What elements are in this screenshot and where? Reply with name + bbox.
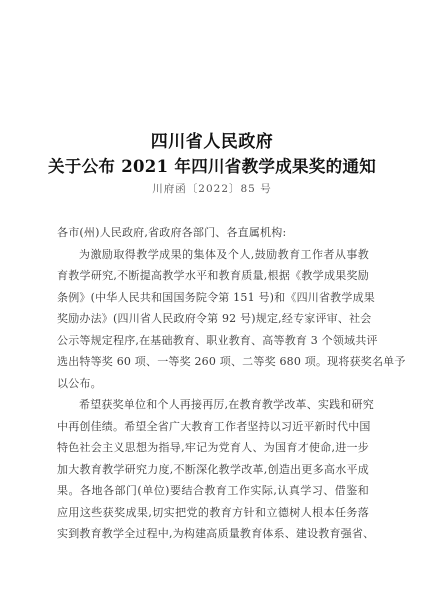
paragraph-1-line: 公示等规定程序,在基础教育、职业教育、高等教育 3 个领域共评: [57, 330, 369, 352]
paragraph-1-line: 以公布。: [57, 373, 369, 395]
paragraph-1-line: 奖励办法》(四川省人民政府令第 92 号)规定,经专家评审、社会: [57, 308, 369, 330]
paragraph-1-line: 为激励取得教学成果的集体及个人,鼓励教育工作者从事教: [57, 244, 369, 266]
document-number: 川府函〔2022〕85 号: [0, 181, 424, 196]
issuer-heading: 四川省人民政府: [0, 127, 424, 152]
paragraph-2-line: 加大教育教学研究力度,不断深化教学改革,创造出更多高水平成: [57, 459, 369, 481]
addressee-line: 各市(州)人民政府,省政府各部门、各直属机构:: [57, 222, 369, 244]
paragraph-1-line: 条例》(中华人民共和国国务院令第 151 号)和《四川省教学成果: [57, 287, 369, 309]
paragraph-2-line: 果。各地各部门(单位)要结合教育工作实际,认真学习、借鉴和: [57, 480, 369, 502]
paragraph-2-line: 希望获奖单位和个人再接再厉,在教育教学改革、实践和研究: [57, 394, 369, 416]
paragraph-1-line: 选出特等奖 60 项、一等奖 260 项、二等奖 680 项。现将获奖名单予: [57, 351, 369, 373]
paragraph-2-line: 应用这些获奖成果,切实把党的教育方针和立德树人根本任务落: [57, 502, 369, 524]
document-body: 各市(州)人民政府,省政府各部门、各直属机构: 为激励取得教学成果的集体及个人,…: [57, 222, 369, 545]
paragraph-2-line: 实到教育教学全过程中,为构建高质量教育体系、建设教育强省、: [57, 523, 369, 545]
paragraph-2-line: 特色社会主义思想为指导,牢记为党育人、为国育才使命,进一步: [57, 437, 369, 459]
notice-title: 关于公布 2021 年四川省教学成果奖的通知: [0, 153, 424, 177]
paragraph-2-line: 中再创佳绩。希望全省广大教育工作者坚持以习近平新时代中国: [57, 416, 369, 438]
paragraph-1-line: 育教学研究,不断提高教学水平和教育质量,根据《教学成果奖励: [57, 265, 369, 287]
